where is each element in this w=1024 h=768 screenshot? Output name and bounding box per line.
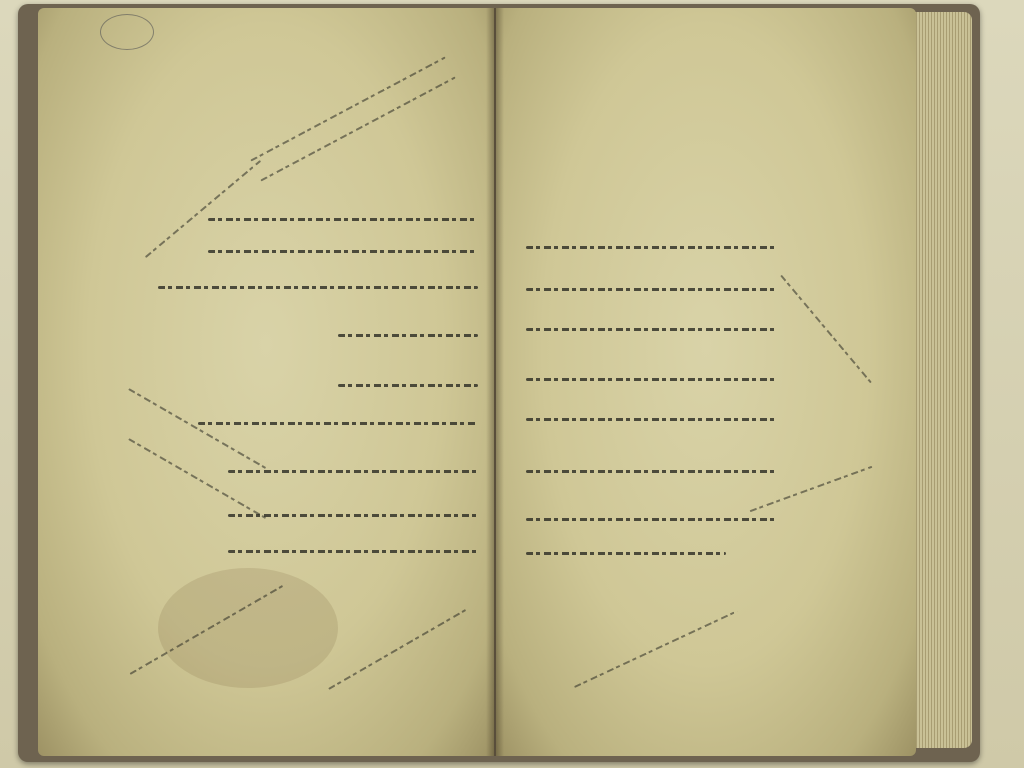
- book-gutter: [486, 8, 504, 756]
- marginal-note: [128, 388, 268, 470]
- text-line: [198, 422, 478, 425]
- text-line: [526, 246, 776, 249]
- marginal-note: [574, 610, 738, 688]
- text-line: [228, 470, 478, 473]
- marginal-note: [328, 608, 468, 690]
- page-edges: [914, 12, 972, 748]
- stain: [158, 568, 338, 688]
- text-line: [338, 334, 478, 337]
- text-line: [526, 470, 776, 473]
- marginal-note: [145, 160, 261, 258]
- text-line: [526, 328, 776, 331]
- text-line: [526, 288, 776, 291]
- text-line: [208, 250, 478, 253]
- folio-mark: [100, 14, 154, 50]
- text-line: [208, 218, 478, 221]
- text-line: [228, 550, 478, 553]
- text-line: [526, 552, 726, 555]
- marginal-note: [250, 56, 445, 161]
- text-line: [526, 378, 776, 381]
- left-page: [38, 8, 494, 756]
- marginal-note: [780, 275, 872, 384]
- right-page: [496, 8, 916, 756]
- text-line: [526, 418, 776, 421]
- marginal-note: [260, 76, 455, 181]
- marginal-note: [128, 438, 268, 520]
- text-line: [526, 518, 776, 521]
- text-line: [338, 384, 478, 387]
- text-line: [158, 286, 478, 289]
